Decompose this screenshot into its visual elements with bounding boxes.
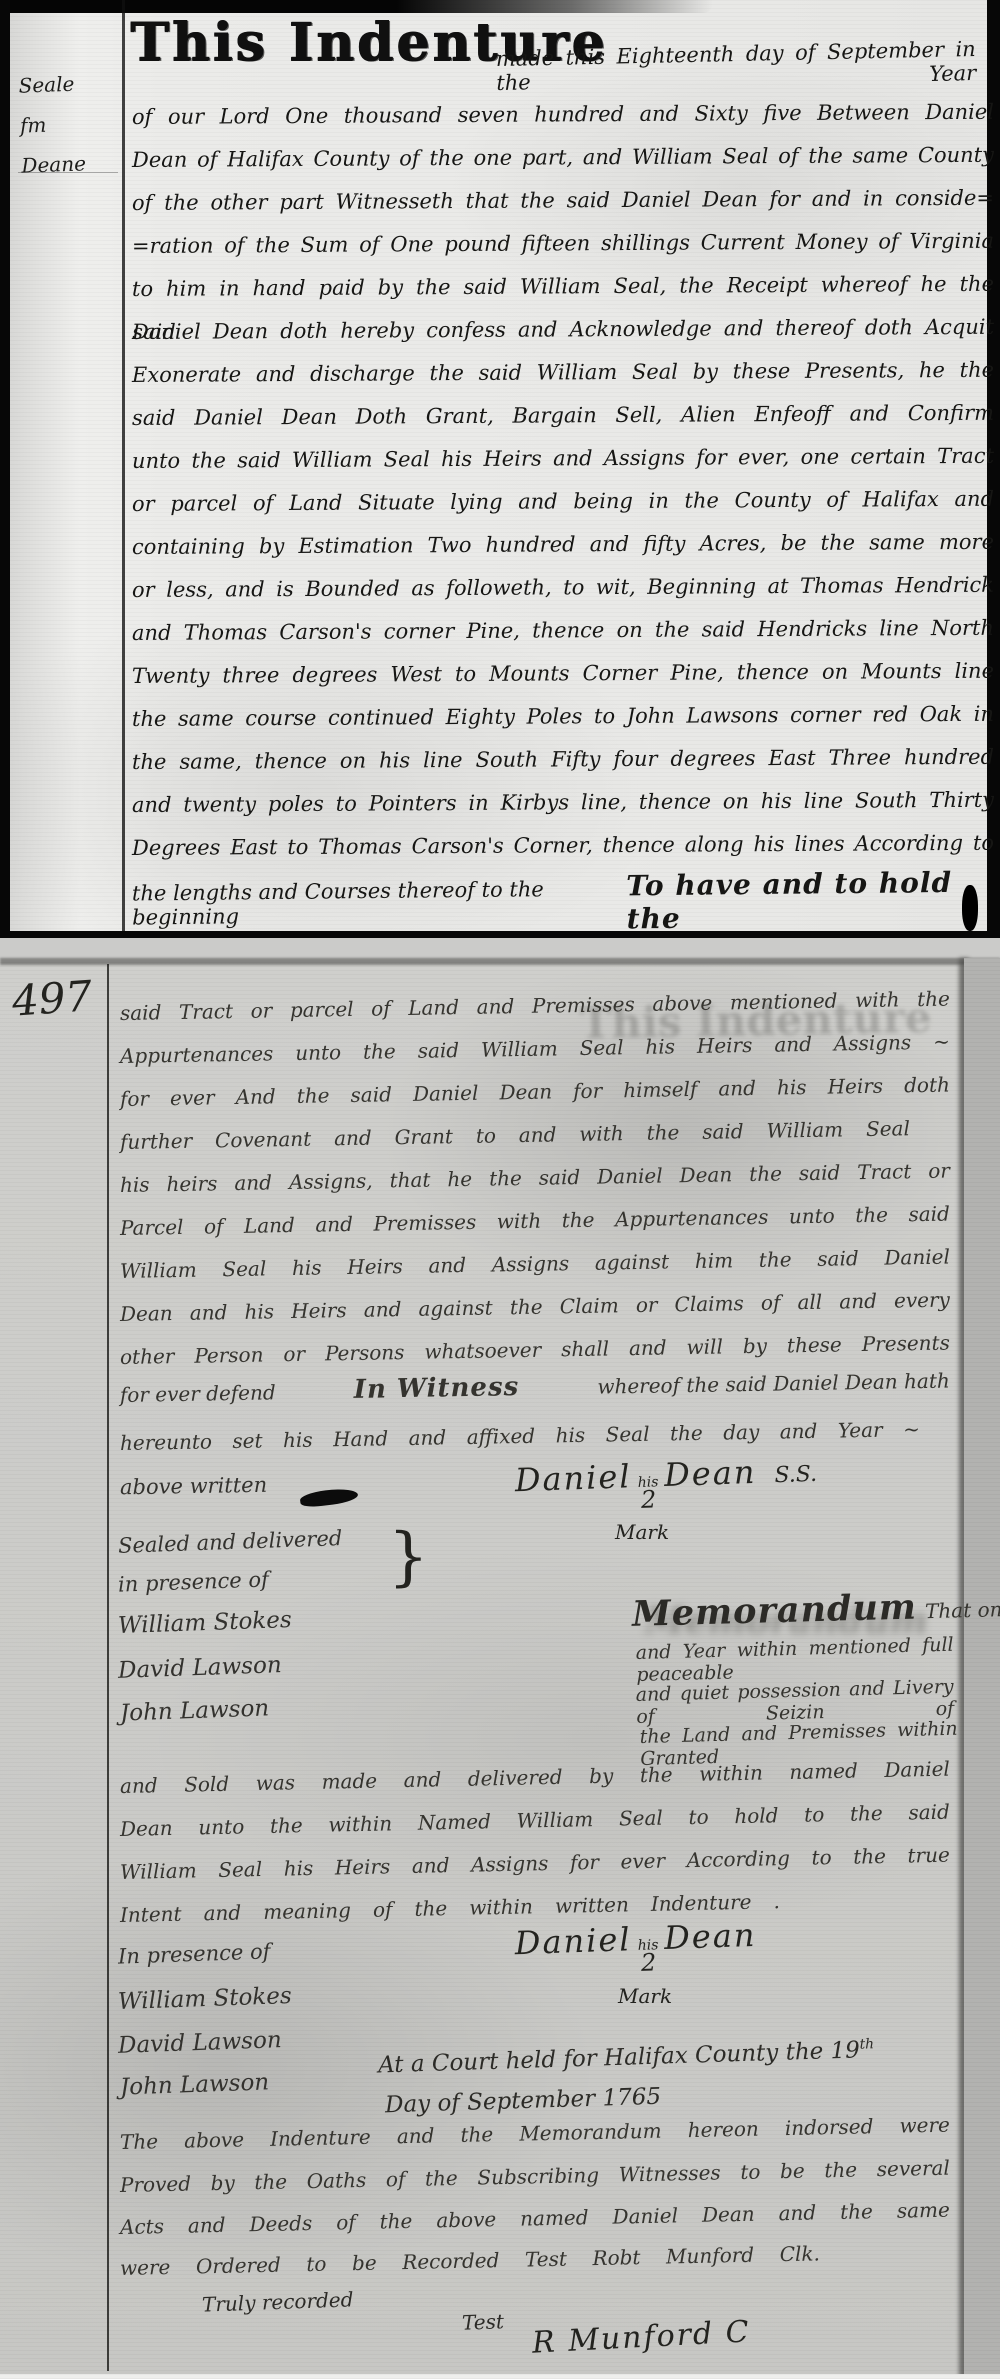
witness-attestation-line: In presence of	[118, 1939, 271, 1968]
page-number: 497	[10, 971, 93, 1025]
manuscript-line: the same, thence on his line South Fifty…	[132, 736, 994, 784]
margin-rule-line	[107, 964, 109, 2371]
curly-brace: }	[388, 1520, 429, 1594]
manuscript-line: said Daniel Dean Doth Grant, Bargain Sel…	[132, 392, 994, 440]
manuscript-line: and Sold was made and delivered by the w…	[120, 1757, 950, 1798]
manuscript-line: of our Lord One thousand seven hundred a…	[132, 91, 994, 139]
deed-page-2: 497 This Indenture said Tract or parcel …	[0, 958, 1000, 2379]
page-gap	[0, 938, 1000, 958]
ordinal-superscript: th	[859, 2036, 874, 2052]
manuscript-line: of the other part Witnesseth that the sa…	[132, 177, 994, 225]
witness-name: David Lawson	[118, 1652, 282, 1684]
manuscript-line: to him in hand paid by the said William …	[132, 263, 994, 311]
witness-clause-pre: for ever defend	[120, 1380, 276, 1407]
witness-attestation-line: in presence of	[118, 1567, 270, 1596]
margin-note-line: fm	[19, 102, 116, 145]
manuscript-line: Exonerate and discharge the said William…	[132, 349, 994, 397]
margin-note-line: Seale	[18, 62, 115, 105]
mark-label: Mark	[618, 1984, 672, 2008]
manuscript-line: unto the said William Seal his Heirs and…	[132, 435, 994, 483]
signature-last-name: Dean	[663, 1916, 757, 1957]
his-mark-glyph: his2	[638, 1939, 660, 1974]
ink-blot	[962, 885, 978, 931]
manuscript-line: or parcel of Land Situate lying and bein…	[132, 478, 994, 526]
manuscript-line: Proved by the Oaths of the Subscribing W…	[120, 2156, 950, 2197]
court-record-line: At a Court held for Halifax County the 1…	[378, 2036, 875, 2078]
his-mark-glyph: his2	[638, 1476, 660, 1511]
signature-daniel-dean: Danielhis2DeanS.S.	[514, 1451, 818, 1516]
mark-label: Mark	[615, 1520, 669, 1544]
truly-recorded-note: Truly recorded	[202, 2287, 354, 2316]
witness-clause-post: whereof the said Daniel Dean hath	[597, 1369, 950, 1399]
page-bottom-edge	[0, 2374, 1000, 2379]
manuscript-line: The above Indenture and the Memorandum h…	[120, 2113, 950, 2154]
margin-ruled-line	[18, 172, 118, 173]
manuscript-line: containing by Estimation Two hundred and…	[132, 521, 994, 569]
signature-daniel-dean: Danielhis2Dean	[514, 1916, 757, 1978]
witness-name: John Lawson	[120, 1695, 270, 1726]
witness-name: John Lawson	[120, 2069, 270, 2100]
above-written-text: above written	[120, 1473, 268, 1500]
closing-script-text: the lengths and Courses thereof to the b…	[132, 876, 627, 929]
page-1-text-block: of our Lord One thousand seven hundred a…	[132, 96, 994, 915]
margin-annotation: Seale fm Deane	[18, 62, 118, 185]
seal-initials: S.S.	[774, 1462, 817, 1488]
scanner-background-strip	[964, 958, 1000, 2379]
manuscript-line: Daniel Dean doth hereby confess and Ackn…	[132, 306, 994, 354]
page-1-paper: Seale fm Deane This Indenture made this …	[10, 0, 987, 931]
manuscript-line: =ration of the Sum of One pound fifteen …	[132, 220, 994, 268]
witness-clause-emphasis: In Witness	[354, 1372, 520, 1405]
manuscript-line: the same course continued Eighty Poles t…	[132, 693, 994, 741]
witness-name: William Stokes	[118, 1607, 293, 1639]
deed-page-1: Seale fm Deane This Indenture made this …	[0, 0, 1000, 938]
manuscript-line: and Thomas Carson's corner Pine, thence …	[132, 607, 994, 655]
margin-note-line: Deane	[21, 142, 118, 185]
manuscript-line: Acts and Deeds of the above named Daniel…	[120, 2198, 950, 2239]
signature-first-name: Daniel	[514, 1457, 632, 1499]
manuscript-line: were Ordered to be Recorded Test Robt Mu…	[120, 2241, 820, 2280]
manuscript-line-closing: the lengths and Courses thereof to the b…	[132, 865, 994, 919]
signature-last-name: Dean	[663, 1453, 757, 1494]
court-record-line: Day of September 1765	[385, 2084, 662, 2119]
title-continuation: made this Eighteenth day of September in…	[496, 37, 977, 95]
margin-rule-line	[122, 0, 125, 931]
manuscript-line: Dean unto the within Named William Seal …	[120, 1800, 950, 1841]
witness-attestation-line: Sealed and delivered	[118, 1526, 343, 1558]
ink-blot	[299, 1487, 358, 1509]
test-label: Test	[462, 2309, 505, 2334]
memorandum-heading-row: MemorandumThat on the day	[632, 1582, 1000, 1635]
page-top-edge-shadow	[0, 958, 1000, 965]
manuscript-line: Degrees East to Thomas Carson's Corner, …	[132, 822, 994, 870]
manuscript-line: and twenty poles to Pointers in Kirbys l…	[132, 779, 994, 827]
manuscript-line: Twenty three degrees West to Mounts Corn…	[132, 650, 994, 698]
memorandum-first-words: That on the day	[925, 1595, 1000, 1623]
page-2-text-block: said Tract or parcel of Land and Premiss…	[120, 992, 950, 1465]
witness-name: William Stokes	[118, 1983, 293, 2015]
witness-name: David Lawson	[118, 2027, 282, 2059]
manuscript-line: or less, and is Bounded as followeth, to…	[132, 564, 994, 612]
clerk-signature: R Munford C	[531, 2314, 751, 2360]
manuscript-line: Dean of Halifax County of the one part, …	[132, 134, 994, 182]
signature-first-name: Daniel	[514, 1920, 632, 1962]
memorandum-word: Memorandum	[632, 1586, 918, 1634]
manuscript-line: William Seal his Heirs and Assigns for e…	[120, 1843, 950, 1884]
habendum-clause-emphasis: To have and to hold the	[626, 865, 994, 935]
